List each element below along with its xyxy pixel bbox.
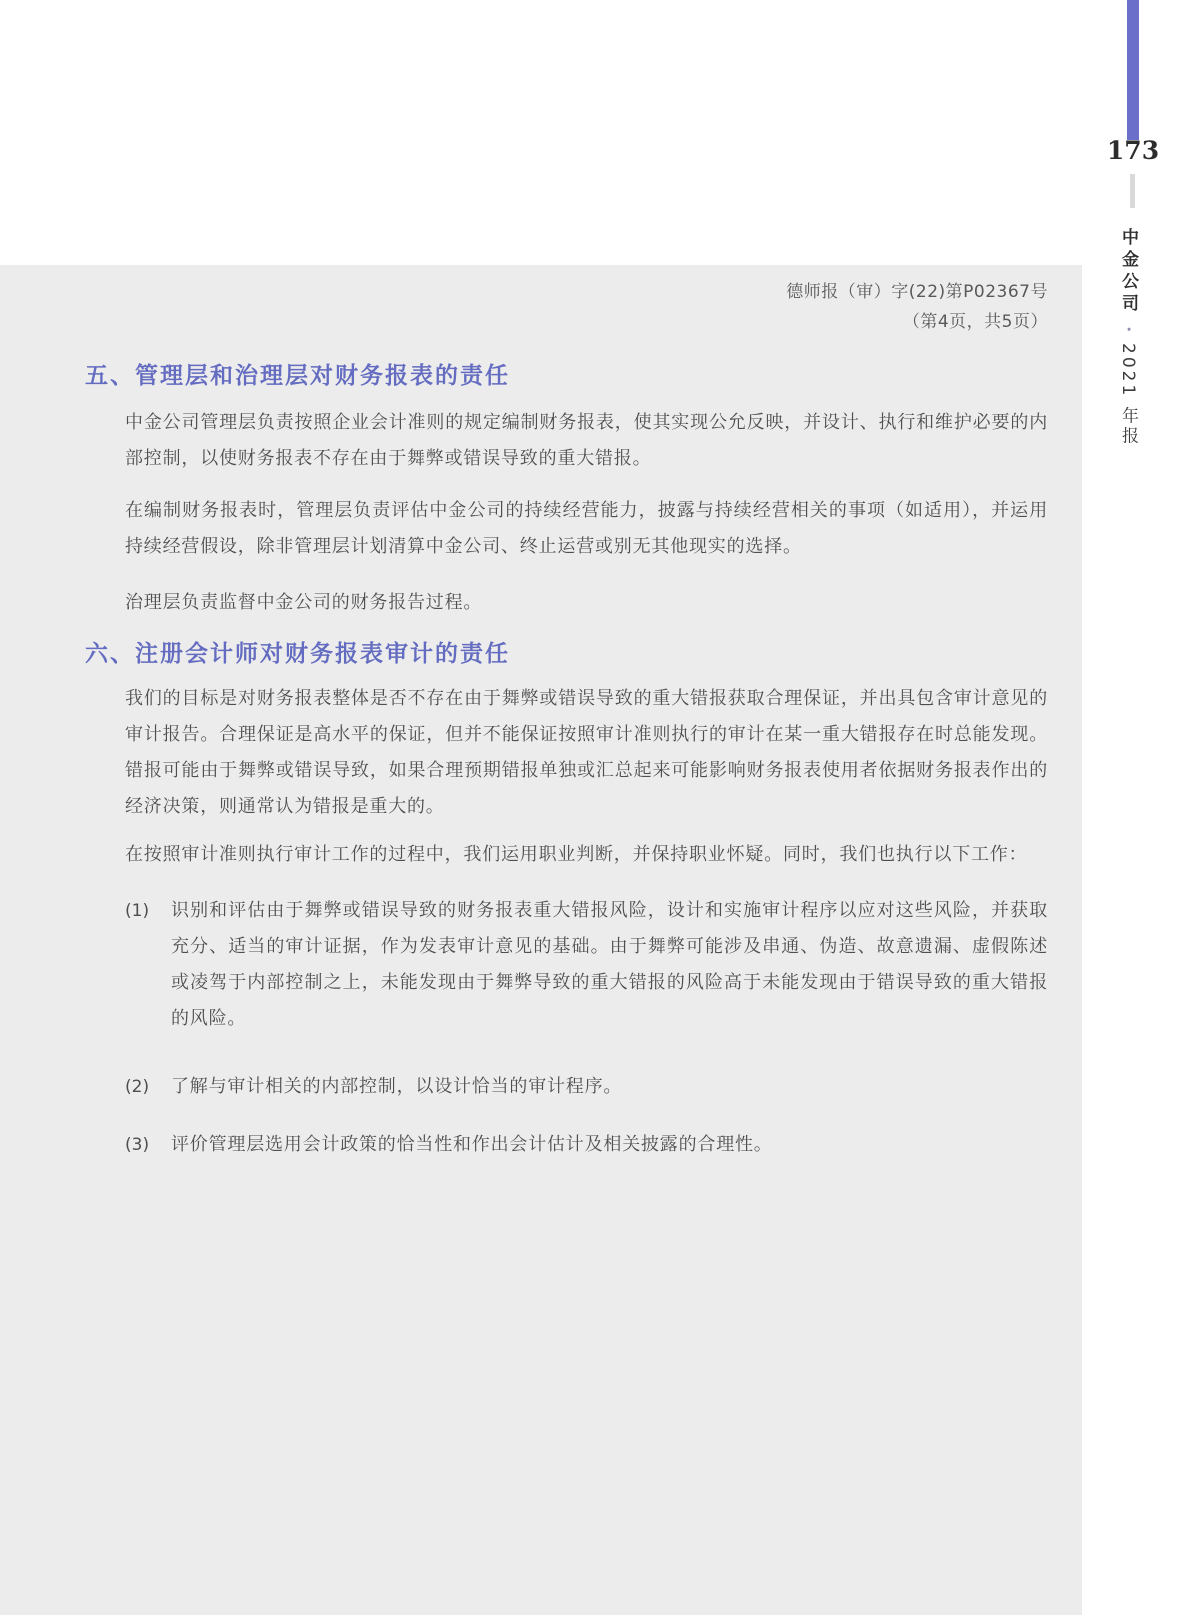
paragraph: 在按照审计准则执行审计工作的过程中，我们运用职业判断，并保持职业怀疑。同时，我们… [125, 837, 1048, 873]
reference-number: 德师报（审）字(22)第P02367号 [125, 277, 1048, 307]
separator-dot: • [1122, 326, 1135, 333]
list-item-1: (1) 识别和评估由于舞弊或错误导致的财务报表重大错报风险，设计和实施审计程序以… [125, 893, 1048, 1037]
list-number: (1) [125, 893, 171, 1037]
list-item-3: (3) 评价管理层选用会计政策的恰当性和作出会计估计及相关披露的合理性。 [125, 1127, 1048, 1163]
list-number: (2) [125, 1069, 171, 1105]
sidebar-vertical-title: 中金公司 • 2021 年报 [1116, 228, 1141, 488]
list-text: 识别和评估由于舞弊或错误导致的财务报表重大错报风险，设计和实施审计程序以应对这些… [171, 893, 1048, 1037]
page-number-tick [1130, 174, 1135, 208]
annual-report-year: 2021 年报 [1116, 343, 1141, 447]
section-heading-5: 五、管理层和治理层对财务报表的责任 [85, 359, 1048, 393]
page-number: 173 [1103, 136, 1163, 165]
paragraph: 中金公司管理层负责按照企业会计准则的规定编制财务报表，使其实现公允反映，并设计、… [125, 405, 1048, 477]
list-text: 评价管理层选用会计政策的恰当性和作出会计估计及相关披露的合理性。 [171, 1127, 1048, 1163]
list-text: 了解与审计相关的内部控制，以设计恰当的审计程序。 [171, 1069, 1048, 1105]
list-number: (3) [125, 1127, 171, 1163]
document-reference: 德师报（审）字(22)第P02367号 （第4页，共5页） [125, 277, 1048, 337]
list-item-2: (2) 了解与审计相关的内部控制，以设计恰当的审计程序。 [125, 1069, 1048, 1105]
paragraph: 我们的目标是对财务报表整体是否不存在由于舞弊或错误导致的重大错报获取合理保证，并… [125, 681, 1048, 825]
paragraph: 在编制财务报表时，管理层负责评估中金公司的持续经营能力，披露与持续经营相关的事项… [125, 493, 1048, 565]
paragraph: 治理层负责监督中金公司的财务报告过程。 [125, 585, 1048, 621]
page-indicator: （第4页，共5页） [125, 307, 1048, 337]
company-name: 中金公司 [1116, 228, 1141, 316]
audit-report-page: { "colors": { "accent_bar": "#6b6fc9", "… [0, 0, 1190, 1615]
accent-bar [1127, 0, 1139, 140]
document-panel: 德师报（审）字(22)第P02367号 （第4页，共5页） 五、管理层和治理层对… [0, 265, 1082, 1615]
section-heading-6: 六、注册会计师对财务报表审计的责任 [85, 637, 1048, 671]
